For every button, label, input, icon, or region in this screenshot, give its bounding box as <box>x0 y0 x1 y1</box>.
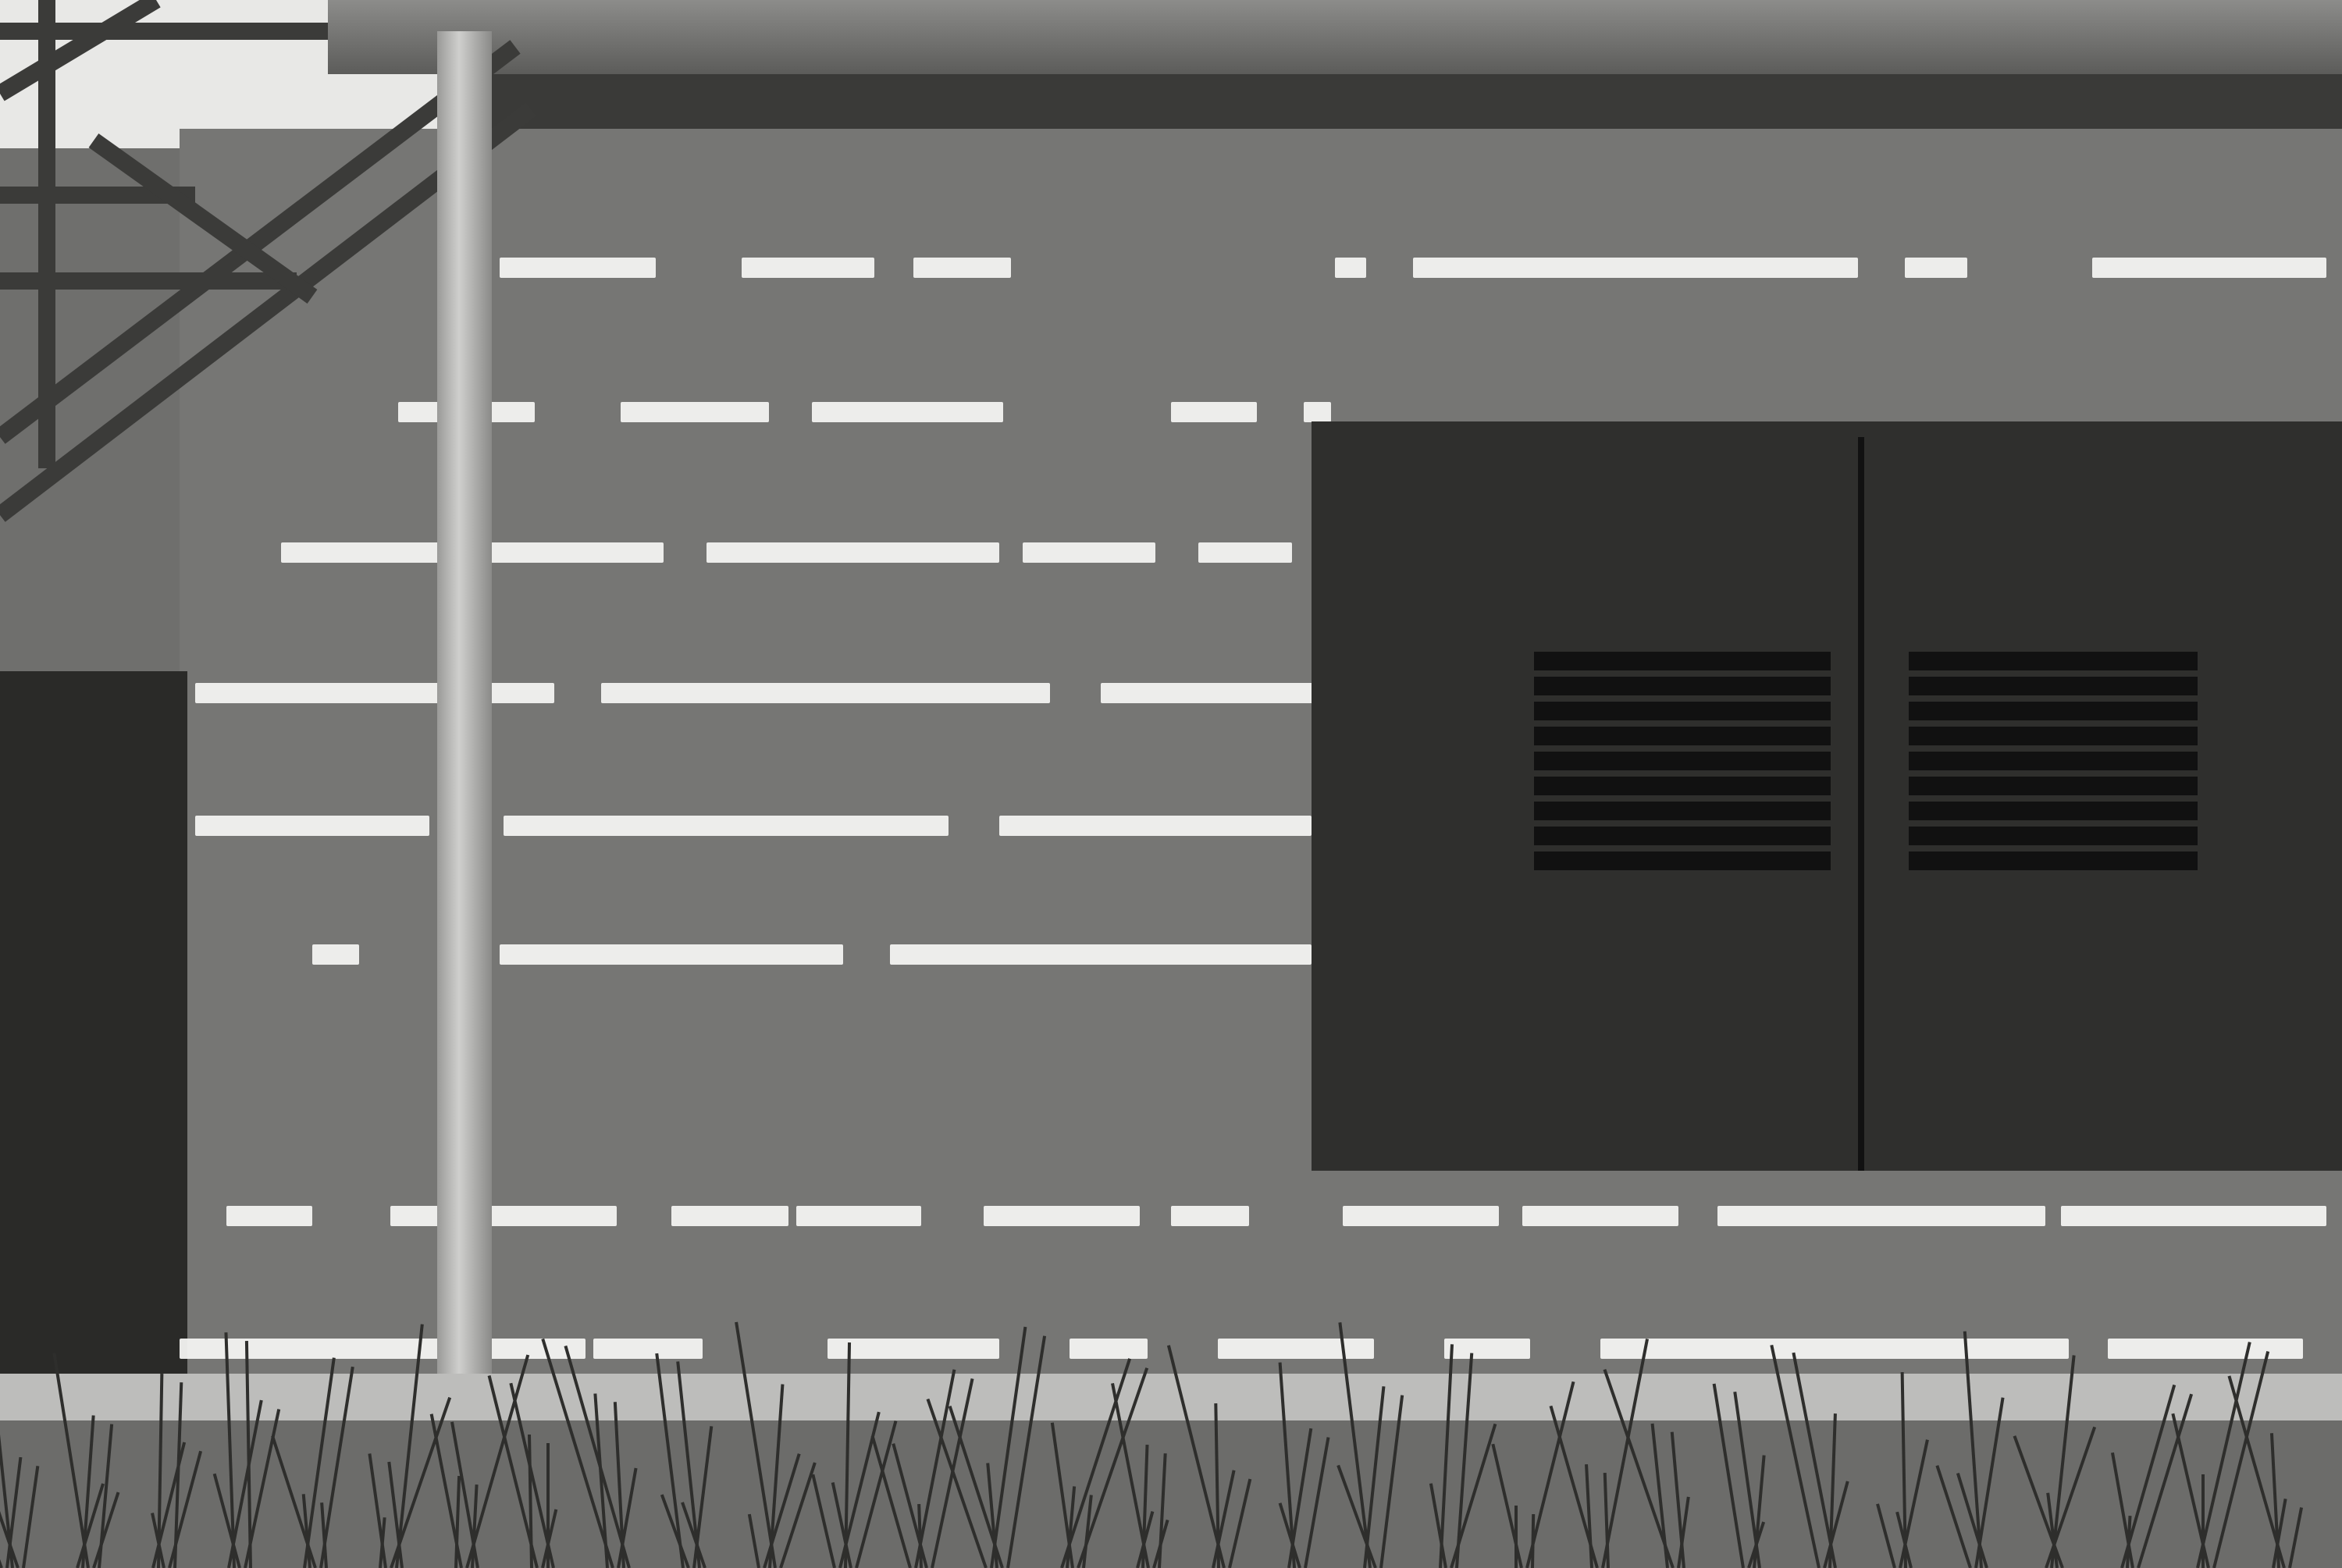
light-streak <box>1343 1206 1499 1226</box>
light-streak <box>1522 1206 1678 1226</box>
light-streak <box>1023 542 1155 563</box>
light-streak <box>671 1206 788 1226</box>
light-streak <box>2092 258 2326 278</box>
light-streak <box>890 944 1312 965</box>
light-streak <box>390 1206 617 1226</box>
light-streak <box>812 402 1003 422</box>
louver-slot <box>1909 802 2198 820</box>
light-streak <box>1070 1339 1148 1359</box>
vertical-pole <box>437 31 492 1460</box>
railing-underside <box>484 74 2342 129</box>
light-streak <box>500 944 843 965</box>
light-streak <box>226 1206 312 1226</box>
light-streak <box>1218 1339 1374 1359</box>
louver-slot <box>1909 827 2198 845</box>
light-streak <box>593 1339 703 1359</box>
louver-slot <box>1534 852 1831 870</box>
light-streak <box>2108 1339 2303 1359</box>
louver-slot <box>1909 752 2198 770</box>
louver-slot <box>1534 702 1831 720</box>
door-center-gap <box>1858 437 1864 1171</box>
light-streak <box>195 816 429 836</box>
light-streak <box>312 944 359 965</box>
light-streak <box>984 1206 1140 1226</box>
light-streak <box>913 258 1011 278</box>
light-streak <box>195 683 554 703</box>
louver-slot <box>1909 852 2198 870</box>
louvered-door <box>1312 421 2342 1171</box>
louver-slot <box>1909 652 2198 670</box>
photo-scene <box>0 0 2342 1568</box>
light-streak <box>1304 402 1331 422</box>
louver-slot <box>1534 677 1831 695</box>
louver-slot <box>1534 652 1831 670</box>
light-streak <box>1101 683 1323 703</box>
light-streak <box>621 402 769 422</box>
grassy-ground <box>0 1420 2342 1568</box>
light-streak <box>601 683 1050 703</box>
light-streak <box>180 1339 585 1359</box>
light-streak <box>1717 1206 2045 1226</box>
light-streak <box>1444 1339 1530 1359</box>
louver-slot <box>1909 677 2198 695</box>
louver-slot <box>1534 777 1831 795</box>
light-streak <box>828 1339 999 1359</box>
light-streak <box>1335 258 1366 278</box>
light-streak <box>1600 1339 2069 1359</box>
light-streak <box>1413 258 1858 278</box>
louver-slot <box>1534 827 1831 845</box>
light-streak <box>1171 402 1257 422</box>
light-streak <box>504 816 949 836</box>
light-streak <box>1171 1206 1249 1226</box>
louver-slot <box>1534 752 1831 770</box>
louver-slot <box>1909 727 2198 745</box>
light-streak <box>707 542 999 563</box>
light-streak <box>999 816 1312 836</box>
overhead-railing <box>328 0 2342 74</box>
light-streak <box>796 1206 921 1226</box>
light-streak <box>1905 258 1967 278</box>
light-streak <box>2061 1206 2326 1226</box>
louver-slot <box>1534 727 1831 745</box>
louver-slot <box>1909 777 2198 795</box>
light-streak <box>500 258 656 278</box>
light-streak <box>742 258 874 278</box>
light-streak <box>1198 542 1292 563</box>
louver-slot <box>1909 702 2198 720</box>
shadowed-wall-left <box>0 671 187 1374</box>
louver-slot <box>1534 802 1831 820</box>
